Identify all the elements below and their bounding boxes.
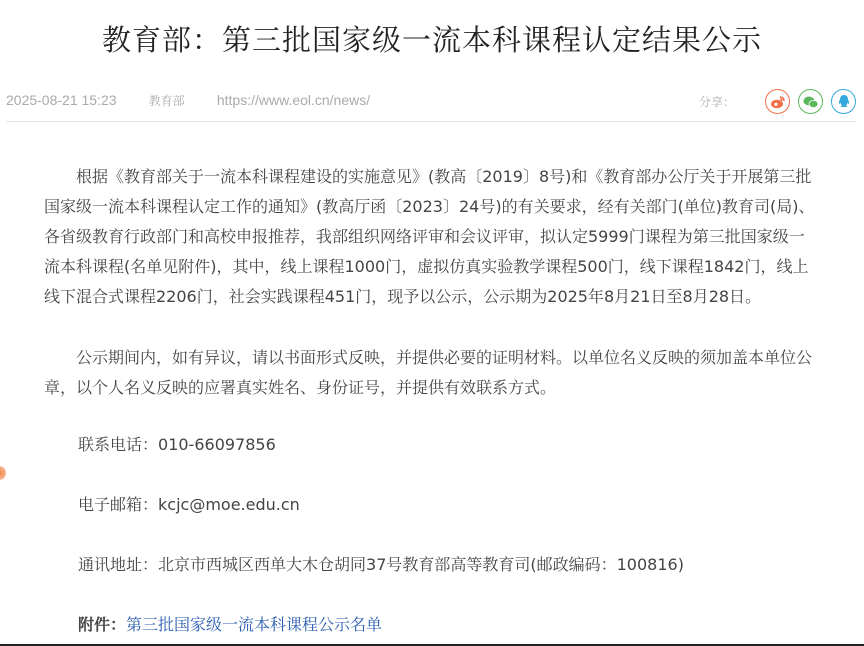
article-title: 教育部：第三批国家级一流本科课程认定结果公示 <box>0 18 864 59</box>
attachment: 附件：第三批国家级一流本科课程公示名单 <box>78 610 382 640</box>
contact-address: 通讯地址：北京市西城区西单大木仓胡同37号教育部高等教育司(邮政编码：10081… <box>78 550 684 580</box>
share-qq-button[interactable] <box>831 89 856 114</box>
attachment-link[interactable]: 第三批国家级一流本科课程公示名单 <box>126 615 382 634</box>
article-meta-bar: 2025-08-21 15:23 教育部 https://www.eol.cn/… <box>6 86 856 122</box>
contact-phone: 联系电话：010-66097856 <box>78 430 276 460</box>
floating-dot-icon[interactable] <box>0 466 6 480</box>
share-wechat-button[interactable] <box>798 89 823 114</box>
phone-label: 联系电话： <box>78 435 158 454</box>
address-label: 通讯地址： <box>78 555 158 574</box>
contact-email: 电子邮箱：kcjc@moe.edu.cn <box>78 490 300 520</box>
share-bar: 分享： <box>699 89 856 114</box>
body-paragraph: 根据《教育部关于一流本科课程建设的实施意见》(教高〔2019〕8号)和《教育部办… <box>44 162 820 312</box>
address-value: 北京市西城区西单大木仓胡同37号教育部高等教育司(邮政编码：100816) <box>158 555 684 574</box>
email-label: 电子邮箱： <box>78 495 158 514</box>
article-meta: 2025-08-21 15:23 教育部 https://www.eol.cn/… <box>6 92 398 109</box>
phone-value: 010-66097856 <box>158 435 276 454</box>
article-source: 教育部 <box>149 94 185 108</box>
share-label: 分享： <box>699 93 735 110</box>
email-value: kcjc@moe.edu.cn <box>158 495 300 514</box>
source-url: https://www.eol.cn/news/ <box>217 92 370 108</box>
weibo-icon <box>770 95 786 109</box>
share-weibo-button[interactable] <box>765 89 790 114</box>
wechat-icon <box>803 95 819 109</box>
publish-date: 2025-08-21 15:23 <box>6 92 117 108</box>
attachment-label: 附件： <box>78 615 126 634</box>
qq-icon <box>837 94 851 109</box>
body-paragraph: 公示期间内，如有异议，请以书面形式反映，并提供必要的证明材料。以单位名义反映的须… <box>44 343 820 403</box>
